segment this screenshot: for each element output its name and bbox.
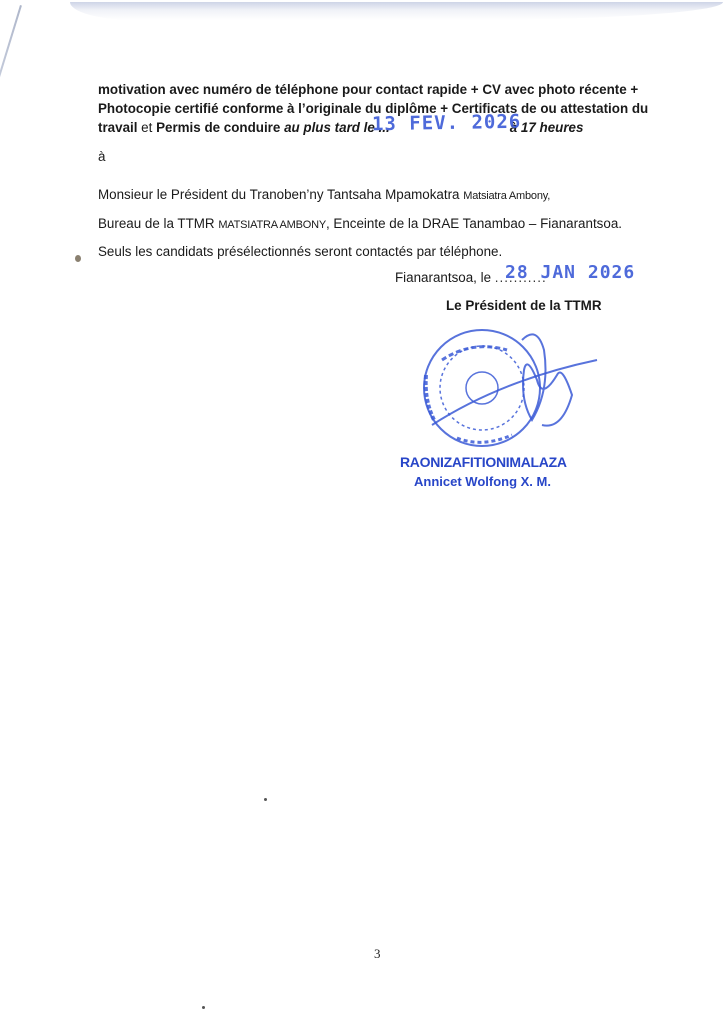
scan-speck bbox=[75, 255, 81, 262]
signatory-surname: RAONIZAFITIONIMALAZA bbox=[400, 454, 567, 470]
place-date-label: Fianarantsoa, le bbox=[395, 270, 491, 285]
scan-speck bbox=[202, 1006, 205, 1009]
scan-shadow bbox=[70, 2, 723, 20]
scan-artifact-line bbox=[0, 5, 22, 130]
address-line: Bureau de la TTMR MATSIATRA AMBONY, Ence… bbox=[98, 216, 622, 231]
deadline-date-stamp: 13 FEV. 2026 bbox=[372, 111, 522, 136]
to-label: à bbox=[98, 149, 105, 164]
scan-speck bbox=[264, 798, 267, 801]
signatory-title: Le Président de la TTMR bbox=[446, 298, 602, 313]
page-number: 3 bbox=[374, 946, 381, 962]
signatory-given-names: Annicet Wolfong X. M. bbox=[414, 474, 551, 489]
notice-line: Seuls les candidats présélectionnés sero… bbox=[98, 244, 502, 259]
requirements-line-1: motivation avec numéro de téléphone pour… bbox=[98, 80, 658, 99]
official-seal-icon bbox=[412, 320, 602, 460]
recipient-line: Monsieur le Président du Tranoben’ny Tan… bbox=[98, 187, 550, 202]
signature-date-stamp: 28 JAN 2026 bbox=[505, 262, 635, 283]
